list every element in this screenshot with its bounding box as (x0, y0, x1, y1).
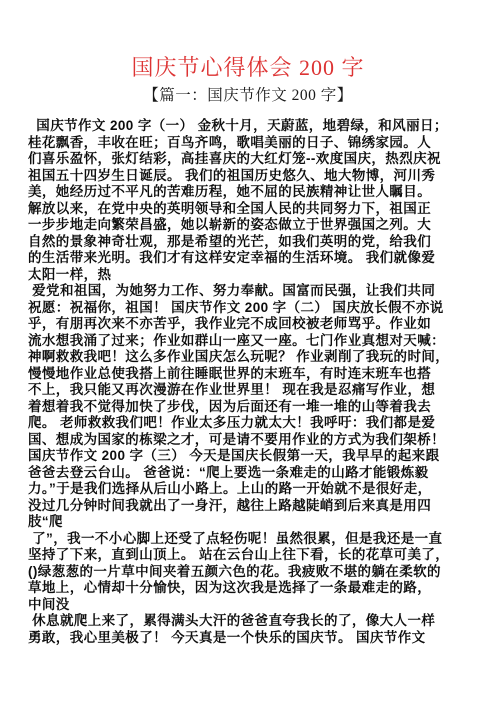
text-line: 坚持了下来，直到山顶上。 站在云台山上往下看，长的花草可美了， (28, 547, 472, 564)
text-line: ()绿葱葱的一片草中间夹着五颜六色的花。我疲败不堪的躺在柔软的 (28, 564, 472, 581)
text-line: 国、想成为国家的栋梁之才，可是请不要用作业的方式为我们架桥！ (28, 432, 472, 449)
text-line: 休息就爬上来了，累得满头大汗的爸爸直夸我长的了，像大人一样 (28, 613, 472, 630)
text-line: 了”，我一不小心脚上还受了点轻伤呢！虽然很累，但是我还是一直 (28, 531, 472, 548)
document-subtitle: 【篇一：国庆节作文 200 字】 (0, 86, 496, 106)
document-title: 国庆节心得体会 200 字 (0, 54, 496, 81)
text-line: 自然的景象神奇壮观，那是希望的光芒，如我们英明的党，给我们 (28, 234, 472, 251)
text-line: 流水想我涌了过来；作业如群山一座又一座。七门作业真想对天喊： (28, 333, 472, 350)
text-line: 国庆节作文 200 字（三） 今天是国庆长假第一天，我早早的起来跟 (28, 448, 472, 465)
text-line: 中间没 (28, 597, 472, 614)
text-line: 桂花飘香，丰收在旺；百鸟齐鸣，歌唱美丽的日子、锦绣家园。人 (28, 135, 472, 152)
text-line: 的生活带来光明。我们才有这样安定幸福的生活环境。 我们就像爱 (28, 250, 472, 267)
document-body: 国庆节作文 200 字（一） 金秋十月，天蔚蓝，地碧绿，和风丽日；桂花飘香，丰收… (0, 118, 496, 646)
text-line: 力。”于是我们选择从后山小路上。上山的路一开始就不是很好走， (28, 481, 472, 498)
text-line: 肢“爬 (28, 514, 472, 531)
text-line: 勇敢，我心里美极了！ 今天真是一个快乐的国庆节。 国庆节作文 (28, 630, 472, 647)
text-line: 不上，我只能又再次漫游在作业世界里！ 现在我是忍痛写作业，想 (28, 382, 472, 399)
text-line: 祝愿：祝福你，祖国！ 国庆节作文 200 字（二） 国庆放长假不亦说 (28, 300, 472, 317)
text-line: 爬。 老师救救我们吧！作业太多压力就太大！我呼吁：我们都是爱 (28, 415, 472, 432)
text-line: 慢慢地作业总使我搭上前往睡眠世界的末班车，有时连末班车也搭 (28, 366, 472, 383)
text-line: 太阳一样，热 (28, 267, 472, 284)
text-line: 乎，有朋再次来不亦苦乎，我作业完不成回校被老师骂乎。作业如 (28, 316, 472, 333)
text-line: 们喜乐盈怀，张灯结彩，高挂喜庆的大红灯笼--欢度国庆，热烈庆祝 (28, 151, 472, 168)
text-line: 草地上，心情却十分愉快，因为这次我是选择了一条最难走的路， (28, 580, 472, 597)
text-line: 没过几分钟时间我就出了一身汗，越往上路越陡峭到后来真是用四 (28, 498, 472, 515)
text-line: 神啊救救我吧！这么多作业国庆怎么玩呢？ 作业剥削了我玩的时间， (28, 349, 472, 366)
text-line: 爸爸去登云台山。 爸爸说：“爬上要选一条难走的山路才能锻炼毅 (28, 465, 472, 482)
document-page: 国庆节心得体会 200 字 【篇一：国庆节作文 200 字】 国庆节作文 200… (0, 0, 496, 702)
text-line: 美，她经历过不平凡的苦难历程，她不屈的民族精神让世人瞩目。 (28, 184, 472, 201)
text-line: 解放以来，在党中央的英明领导和全国人民的共同努力下，祖国正 (28, 201, 472, 218)
text-line: 国庆节作文 200 字（一） 金秋十月，天蔚蓝，地碧绿，和风丽日； (28, 118, 472, 135)
text-line: 着想着我不觉得加快了步伐，因为后面还有一堆一堆的山等着我去 (28, 399, 472, 416)
text-line: 祖国五十四岁生日诞辰。 我们的祖国历史悠久、地大物博，河川秀 (28, 168, 472, 185)
text-line: 一步步地走向繁荣昌盛，她以崭新的姿态做立于世界强国之列。大 (28, 217, 472, 234)
text-line: 爱党和祖国，为她努力工作、努力奉献。国富而民强，让我们共同 (28, 283, 472, 300)
